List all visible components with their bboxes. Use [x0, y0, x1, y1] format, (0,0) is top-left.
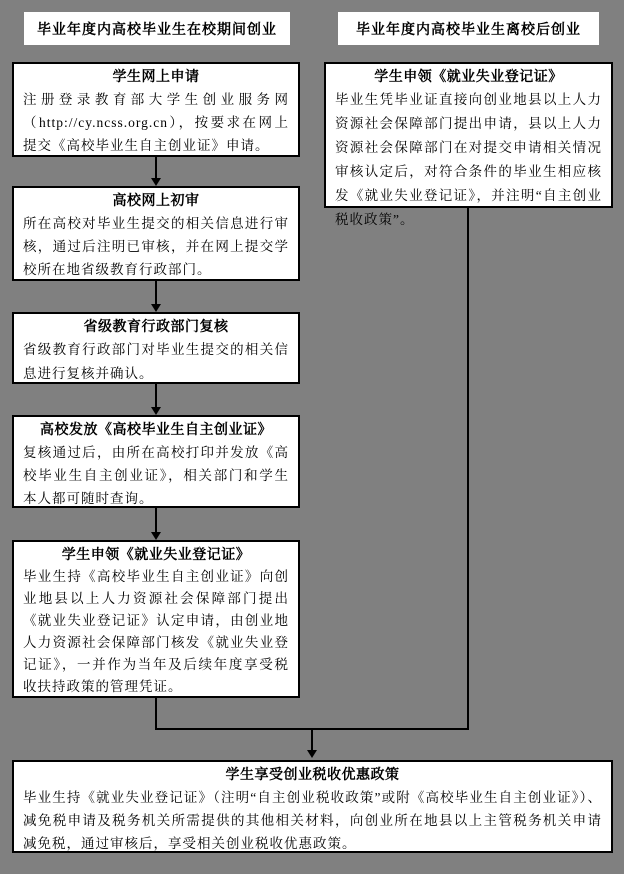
flow-box-university-issue-certificate: 高校发放《高校毕业生自主创业证》 复核通过后，由所在高校打印并发放《高校毕业生自…: [12, 415, 300, 508]
connector-center-vertical: [311, 730, 313, 750]
flow-box-body: 省级教育行政部门对毕业生提交的相关信息进行复核并确认。: [23, 338, 289, 386]
flow-box-title: 学生网上申请: [23, 67, 289, 88]
flow-box-provincial-recheck: 省级教育行政部门复核 省级教育行政部门对毕业生提交的相关信息进行复核并确认。: [12, 312, 300, 384]
flow-arrow-3-line: [155, 384, 157, 407]
flow-box-body: 毕业生持《就业失业登记证》（注明“自主创业税收政策”或附《高校毕业生自主创业证》…: [23, 786, 602, 855]
flow-box-tax-benefit: 学生享受创业税收优惠政策 毕业生持《就业失业登记证》（注明“自主创业税收政策”或…: [12, 760, 613, 853]
flow-box-student-claim-registration-right: 学生申领《就业失业登记证》 毕业生凭毕业证直接向创业地县以上人力资源社会保障部门…: [324, 62, 613, 208]
flow-box-title: 高校发放《高校毕业生自主创业证》: [23, 420, 289, 441]
arrow-down-icon: [307, 750, 317, 758]
flow-box-title: 高校网上初审: [23, 191, 289, 212]
header-in-school-label: 毕业年度内高校毕业生在校期间创业: [37, 19, 277, 39]
flow-box-university-online-review: 高校网上初审 所在高校对毕业生提交的相关信息进行审核，通过后注明已审核，并在网上…: [12, 186, 300, 281]
flow-arrow-1-line: [155, 157, 157, 178]
header-in-school-track: 毕业年度内高校毕业生在校期间创业: [24, 12, 290, 45]
flow-box-student-online-apply: 学生网上申请 注册登录教育部大学生创业服务网（http://cy.ncss.or…: [12, 62, 300, 157]
flow-box-title: 学生申领《就业失业登记证》: [335, 67, 602, 88]
header-after-school-label: 毕业年度内高校毕业生离校后创业: [356, 19, 581, 39]
arrow-down-icon: [151, 532, 161, 540]
flow-box-student-claim-registration-left: 学生申领《就业失业登记证》 毕业生持《高校毕业生自主创业证》向创业地县以上人力资…: [12, 540, 300, 698]
flow-arrow-4-line: [155, 508, 157, 532]
connector-right-vertical: [467, 208, 469, 730]
arrow-down-icon: [151, 304, 161, 312]
flow-box-title: 学生享受创业税收优惠政策: [23, 765, 602, 786]
flow-box-body: 所在高校对毕业生提交的相关信息进行审核，通过后注明已审核，并在网上提交学校所在地…: [23, 212, 289, 281]
flow-box-title: 学生申领《就业失业登记证》: [23, 545, 289, 566]
flow-box-body: 复核通过后，由所在高校打印并发放《高校毕业生自主创业证》，相关部门和学生本人都可…: [23, 441, 289, 510]
header-after-school-track: 毕业年度内高校毕业生离校后创业: [338, 12, 599, 45]
flow-arrow-2-line: [155, 281, 157, 304]
connector-left-vertical: [155, 698, 157, 730]
flowchart-canvas: 毕业年度内高校毕业生在校期间创业 毕业年度内高校毕业生离校后创业 学生网上申请 …: [0, 0, 624, 874]
arrow-down-icon: [151, 178, 161, 186]
arrow-down-icon: [151, 407, 161, 415]
flow-box-title: 省级教育行政部门复核: [23, 317, 289, 338]
flow-box-body: 注册登录教育部大学生创业服务网（http://cy.ncss.org.cn），按…: [23, 88, 289, 157]
flow-box-body: 毕业生持《高校毕业生自主创业证》向创业地县以上人力资源社会保障部门提出《就业失业…: [23, 566, 289, 698]
